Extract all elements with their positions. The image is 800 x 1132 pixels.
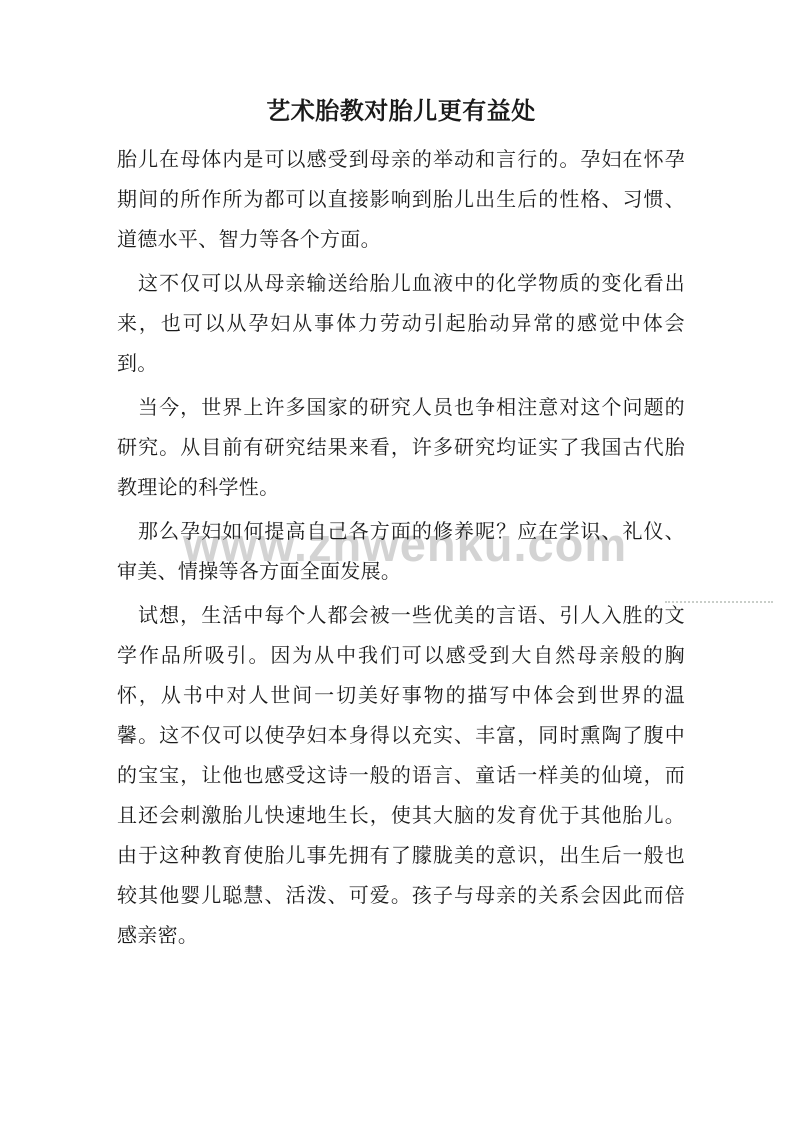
- paragraph: 胎儿在母体内是可以感受到母亲的举动和言行的。孕妇在怀孕期间的所作所为都可以直接影…: [117, 140, 685, 260]
- paragraph: 这不仅可以从母亲输送给胎儿血液中的化学物质的变化看出来，也可以从孕妇从事体力劳动…: [117, 264, 685, 384]
- paragraph: 试想，生活中每个人都会被一些优美的言语、引人入胜的文学作品所吸引。因为从中我们可…: [117, 596, 685, 956]
- document-title: 艺术胎教对胎儿更有益处: [117, 96, 685, 128]
- document-body: 胎儿在母体内是可以感受到母亲的举动和言行的。孕妇在怀孕期间的所作所为都可以直接影…: [117, 140, 685, 956]
- document-page: www.zhwenku.com 艺术胎教对胎儿更有益处 胎儿在母体内是可以感受到…: [0, 0, 800, 1132]
- paragraph: 当今，世界上许多国家的研究人员也争相注意对这个问题的研究。从目前有研究结果来看，…: [117, 388, 685, 508]
- paragraph: 那么孕妇如何提高自己各方面的修养呢？应在学识、礼仪、审美、情操等各方面全面发展。: [117, 512, 685, 592]
